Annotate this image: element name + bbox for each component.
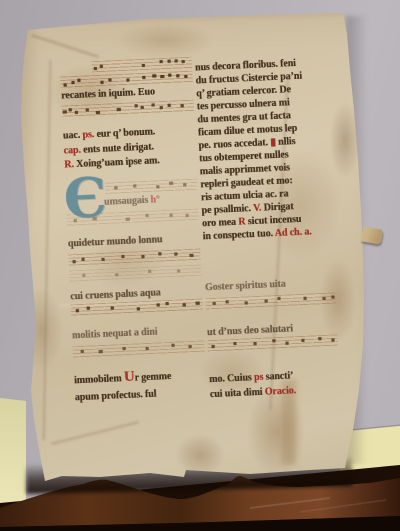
baseboard-left <box>0 398 26 506</box>
neume-note <box>145 347 148 350</box>
text-segment: uac. <box>63 130 83 142</box>
neume-note <box>272 339 275 342</box>
text-segment: Oracio. <box>265 385 297 397</box>
neume-note <box>114 186 117 189</box>
neume-note <box>182 60 185 63</box>
music-stave <box>105 179 197 196</box>
text-segment: apum profectus. ful <box>75 389 157 404</box>
text-segment: oro mea <box>202 217 239 230</box>
neume-note <box>196 302 199 305</box>
neume-note <box>323 297 326 300</box>
neume-note <box>96 111 99 114</box>
neume-note <box>73 260 76 263</box>
neume-note <box>184 75 187 78</box>
neume-note <box>170 182 173 185</box>
neume-note <box>99 350 102 353</box>
text-line: Goster spiritus uita <box>205 279 286 294</box>
neume-note <box>141 255 144 258</box>
neume-note <box>277 297 280 300</box>
neume-note <box>142 64 145 67</box>
neume-note <box>134 104 137 107</box>
neume-note <box>78 79 81 82</box>
parchment-tab <box>361 226 383 244</box>
text-segment: sicut incensu <box>245 214 301 228</box>
neume-note <box>212 302 215 305</box>
music-stave <box>69 264 201 283</box>
neume-note <box>168 60 171 63</box>
text-segment: molitis nequat a dini <box>72 327 158 342</box>
neume-note <box>177 269 180 272</box>
neume-note <box>160 60 163 63</box>
neume-note <box>166 302 169 305</box>
text-line: mo. Cuius ps sancti’ <box>209 370 294 385</box>
neume-note <box>121 255 124 258</box>
neume-note <box>126 218 129 221</box>
text-segment: umsaugais <box>104 195 149 208</box>
neume-note <box>189 345 192 348</box>
neume-note <box>100 65 103 68</box>
text-segment: pe psallmic. <box>201 203 253 216</box>
text-segment: in conspectu tuo. <box>202 228 275 242</box>
neume-note <box>148 270 151 273</box>
neume-note <box>94 67 97 70</box>
neume-note <box>176 74 179 77</box>
text-line: molitis nequat a dini <box>72 327 158 342</box>
text-segment: eur q’ bonum. <box>94 126 155 140</box>
neume-note <box>76 309 79 312</box>
neume-note <box>73 219 76 222</box>
text-line: immobilem Ur gemme <box>74 371 172 386</box>
neume-note <box>159 106 162 109</box>
neume-note <box>156 303 159 306</box>
neume-note <box>87 307 90 310</box>
neume-note <box>81 350 84 353</box>
neume-note <box>331 339 334 342</box>
neume-note <box>285 342 288 345</box>
text-segment: mo. Cuius <box>209 372 254 385</box>
neume-note <box>183 183 186 186</box>
text-segment: Goster spiritus uita <box>205 279 286 294</box>
neume-note <box>108 78 111 81</box>
text-segment: cui uita dimi <box>210 387 265 400</box>
text-line: uac. ps. eur q’ bonum. <box>63 126 156 141</box>
text-segment: r gemme <box>134 371 171 384</box>
music-stave <box>205 292 335 311</box>
neume-note <box>75 111 78 114</box>
neume-note <box>225 300 228 303</box>
neume-note <box>71 81 74 84</box>
neume-note <box>190 254 193 257</box>
neume-note <box>301 339 304 342</box>
text-segment: immobilem <box>74 373 124 386</box>
neume-note <box>233 342 236 345</box>
neume-note <box>151 103 154 106</box>
neume-note <box>185 214 188 217</box>
neume-note <box>68 108 71 111</box>
neume-note <box>137 307 140 310</box>
neume-note <box>110 306 113 309</box>
neume-note <box>117 108 120 111</box>
text-line: cap. ents nute dirigat. <box>63 142 154 157</box>
neume-note <box>318 337 321 340</box>
text-segment: ents nute dirigat. <box>80 142 154 156</box>
neume-note <box>171 344 174 347</box>
text-segment: nllis <box>275 136 295 148</box>
page-content: recantes in iquim. Euouac. ps. eur q’ bo… <box>30 13 372 477</box>
neume-note <box>146 214 149 217</box>
neume-note <box>245 301 248 304</box>
neume-note <box>85 108 88 111</box>
neume-note <box>115 273 118 276</box>
neume-note <box>161 75 164 78</box>
neume-note <box>253 342 256 345</box>
neume-note <box>93 217 96 220</box>
neume-note <box>133 184 136 187</box>
neume-note <box>175 59 178 62</box>
neume-note <box>156 185 159 188</box>
music-stave <box>62 100 194 119</box>
text-segment: pe. ruos accedat. <box>198 137 270 151</box>
neume-note <box>100 81 103 84</box>
neume-note <box>158 252 161 255</box>
neume-note <box>168 74 171 77</box>
neume-note <box>142 76 145 79</box>
photo-scene: recantes in iquim. Euouac. ps. eur q’ bo… <box>0 0 400 531</box>
neume-note <box>102 258 105 261</box>
neume-note <box>153 74 156 77</box>
neume-note <box>123 347 126 350</box>
text-segment: Ad ch. a. <box>274 226 311 239</box>
neume-note <box>170 214 173 217</box>
text-segment: sancti’ <box>263 370 293 382</box>
text-segment: U <box>123 369 134 385</box>
neume-note <box>183 303 186 306</box>
neume-note <box>303 297 306 300</box>
text-segment: quidetur mundo lonnu <box>68 234 163 249</box>
neume-note <box>82 258 85 261</box>
neume-note <box>332 295 335 298</box>
neume-note <box>82 274 85 277</box>
neume-note <box>167 104 170 107</box>
neume-note <box>63 83 66 86</box>
text-line: quidetur mundo lonnu <box>68 234 163 249</box>
text-line: in conspectu tuo. Ad ch. a. <box>202 226 311 242</box>
neume-note <box>211 345 214 348</box>
neume-note <box>174 253 177 256</box>
text-segment: cap. <box>63 145 81 157</box>
text-segment: h° <box>148 194 160 206</box>
neume-note <box>63 110 66 113</box>
text-segment: Dirigat <box>261 201 294 213</box>
neume-note <box>126 79 129 82</box>
neume-note <box>141 106 144 109</box>
text-line: apum profectus. ful <box>75 389 157 404</box>
text-line: cui uita dimi Oracio. <box>210 385 297 400</box>
neume-note <box>264 300 267 303</box>
music-stave <box>72 340 204 359</box>
text-line: umsaugais h° <box>104 194 160 208</box>
neume-note <box>180 104 183 107</box>
text-segment: ps. <box>82 129 94 141</box>
